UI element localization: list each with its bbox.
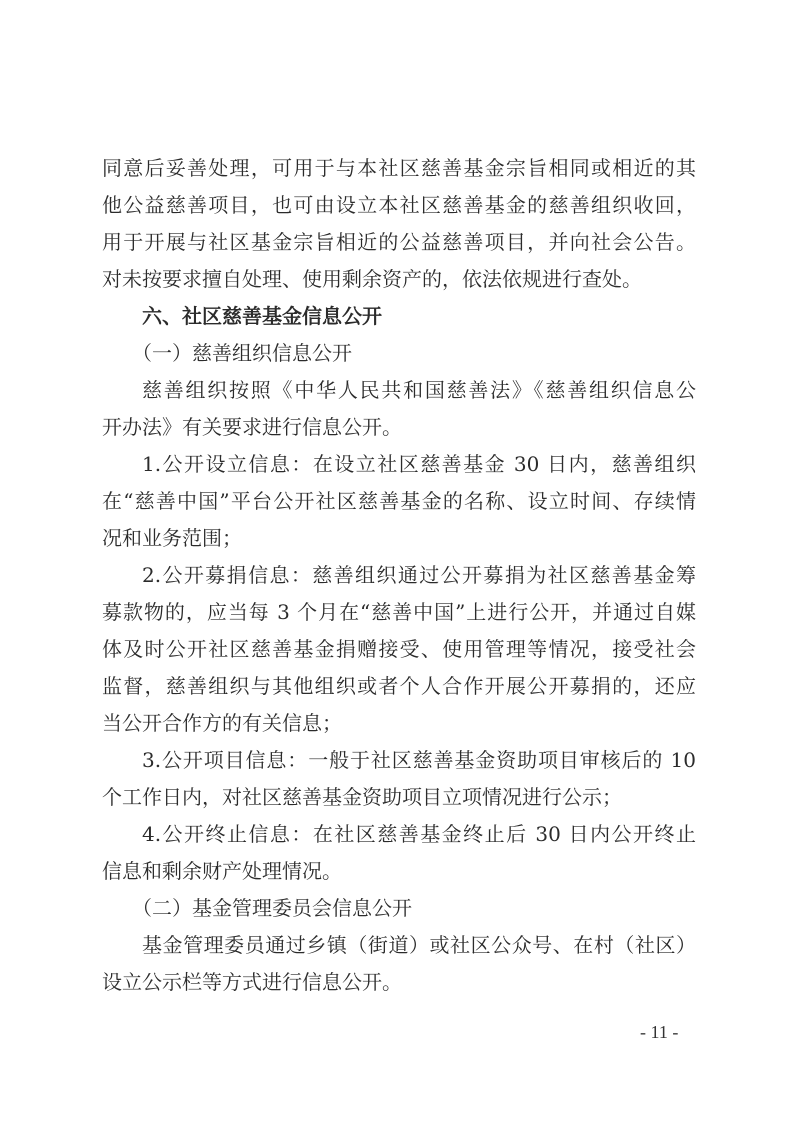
paragraph-line: 开办法》有关要求进行信息公开。 (102, 409, 696, 446)
list-item-line: 信息和剩余财产处理情况。 (102, 853, 696, 890)
section-heading: 六、社区慈善基金信息公开 (102, 298, 696, 335)
list-item-line: 2.公开募捐信息：慈善组织通过公开募捐为社区慈善基金筹 (102, 557, 696, 594)
list-item-line: 4.公开终止信息：在社区慈善基金终止后 30 日内公开终止 (102, 816, 696, 853)
list-item-line: 监督，慈善组织与其他组织或者个人合作开展公开募捐的，还应 (102, 668, 696, 705)
list-item-line: 在“慈善中国”平台公开社区慈善基金的名称、设立时间、存续情 (102, 483, 696, 520)
paragraph-line: 用于开展与社区基金宗旨相近的公益慈善项目，并向社会公告。 (102, 224, 696, 261)
list-item-line: 况和业务范围； (102, 520, 696, 557)
list-item-line: 1.公开设立信息：在设立社区慈善基金 30 日内，慈善组织 (102, 446, 696, 483)
paragraph-line: 设立公示栏等方式进行信息公开。 (102, 964, 696, 1001)
paragraph-line: 对未按要求擅自处理、使用剩余资产的，依法依规进行查处。 (102, 261, 696, 298)
list-item-line: 募款物的，应当每 3 个月在“慈善中国”上进行公开，并通过自媒 (102, 594, 696, 631)
list-item-line: 3.公开项目信息：一般于社区慈善基金资助项目审核后的 10 (102, 742, 696, 779)
paragraph-line: 同意后妥善处理，可用于与本社区慈善基金宗旨相同或相近的其 (102, 150, 696, 187)
page-number: - 11 - (640, 1022, 678, 1043)
list-item-line: 体及时公开社区慈善基金捐赠接受、使用管理等情况，接受社会 (102, 631, 696, 668)
paragraph-line: 基金管理委员通过乡镇（街道）或社区公众号、在村（社区） (102, 927, 696, 964)
subsection-heading: （二）基金管理委员会信息公开 (102, 890, 696, 927)
paragraph-line: 慈善组织按照《中华人民共和国慈善法》《慈善组织信息公 (102, 372, 696, 409)
subsection-heading: （一）慈善组织信息公开 (102, 335, 696, 372)
list-item-line: 当公开合作方的有关信息； (102, 705, 696, 742)
paragraph-line: 他公益慈善项目，也可由设立本社区慈善基金的慈善组织收回， (102, 187, 696, 224)
list-item-line: 个工作日内，对社区慈善基金资助项目立项情况进行公示； (102, 779, 696, 816)
